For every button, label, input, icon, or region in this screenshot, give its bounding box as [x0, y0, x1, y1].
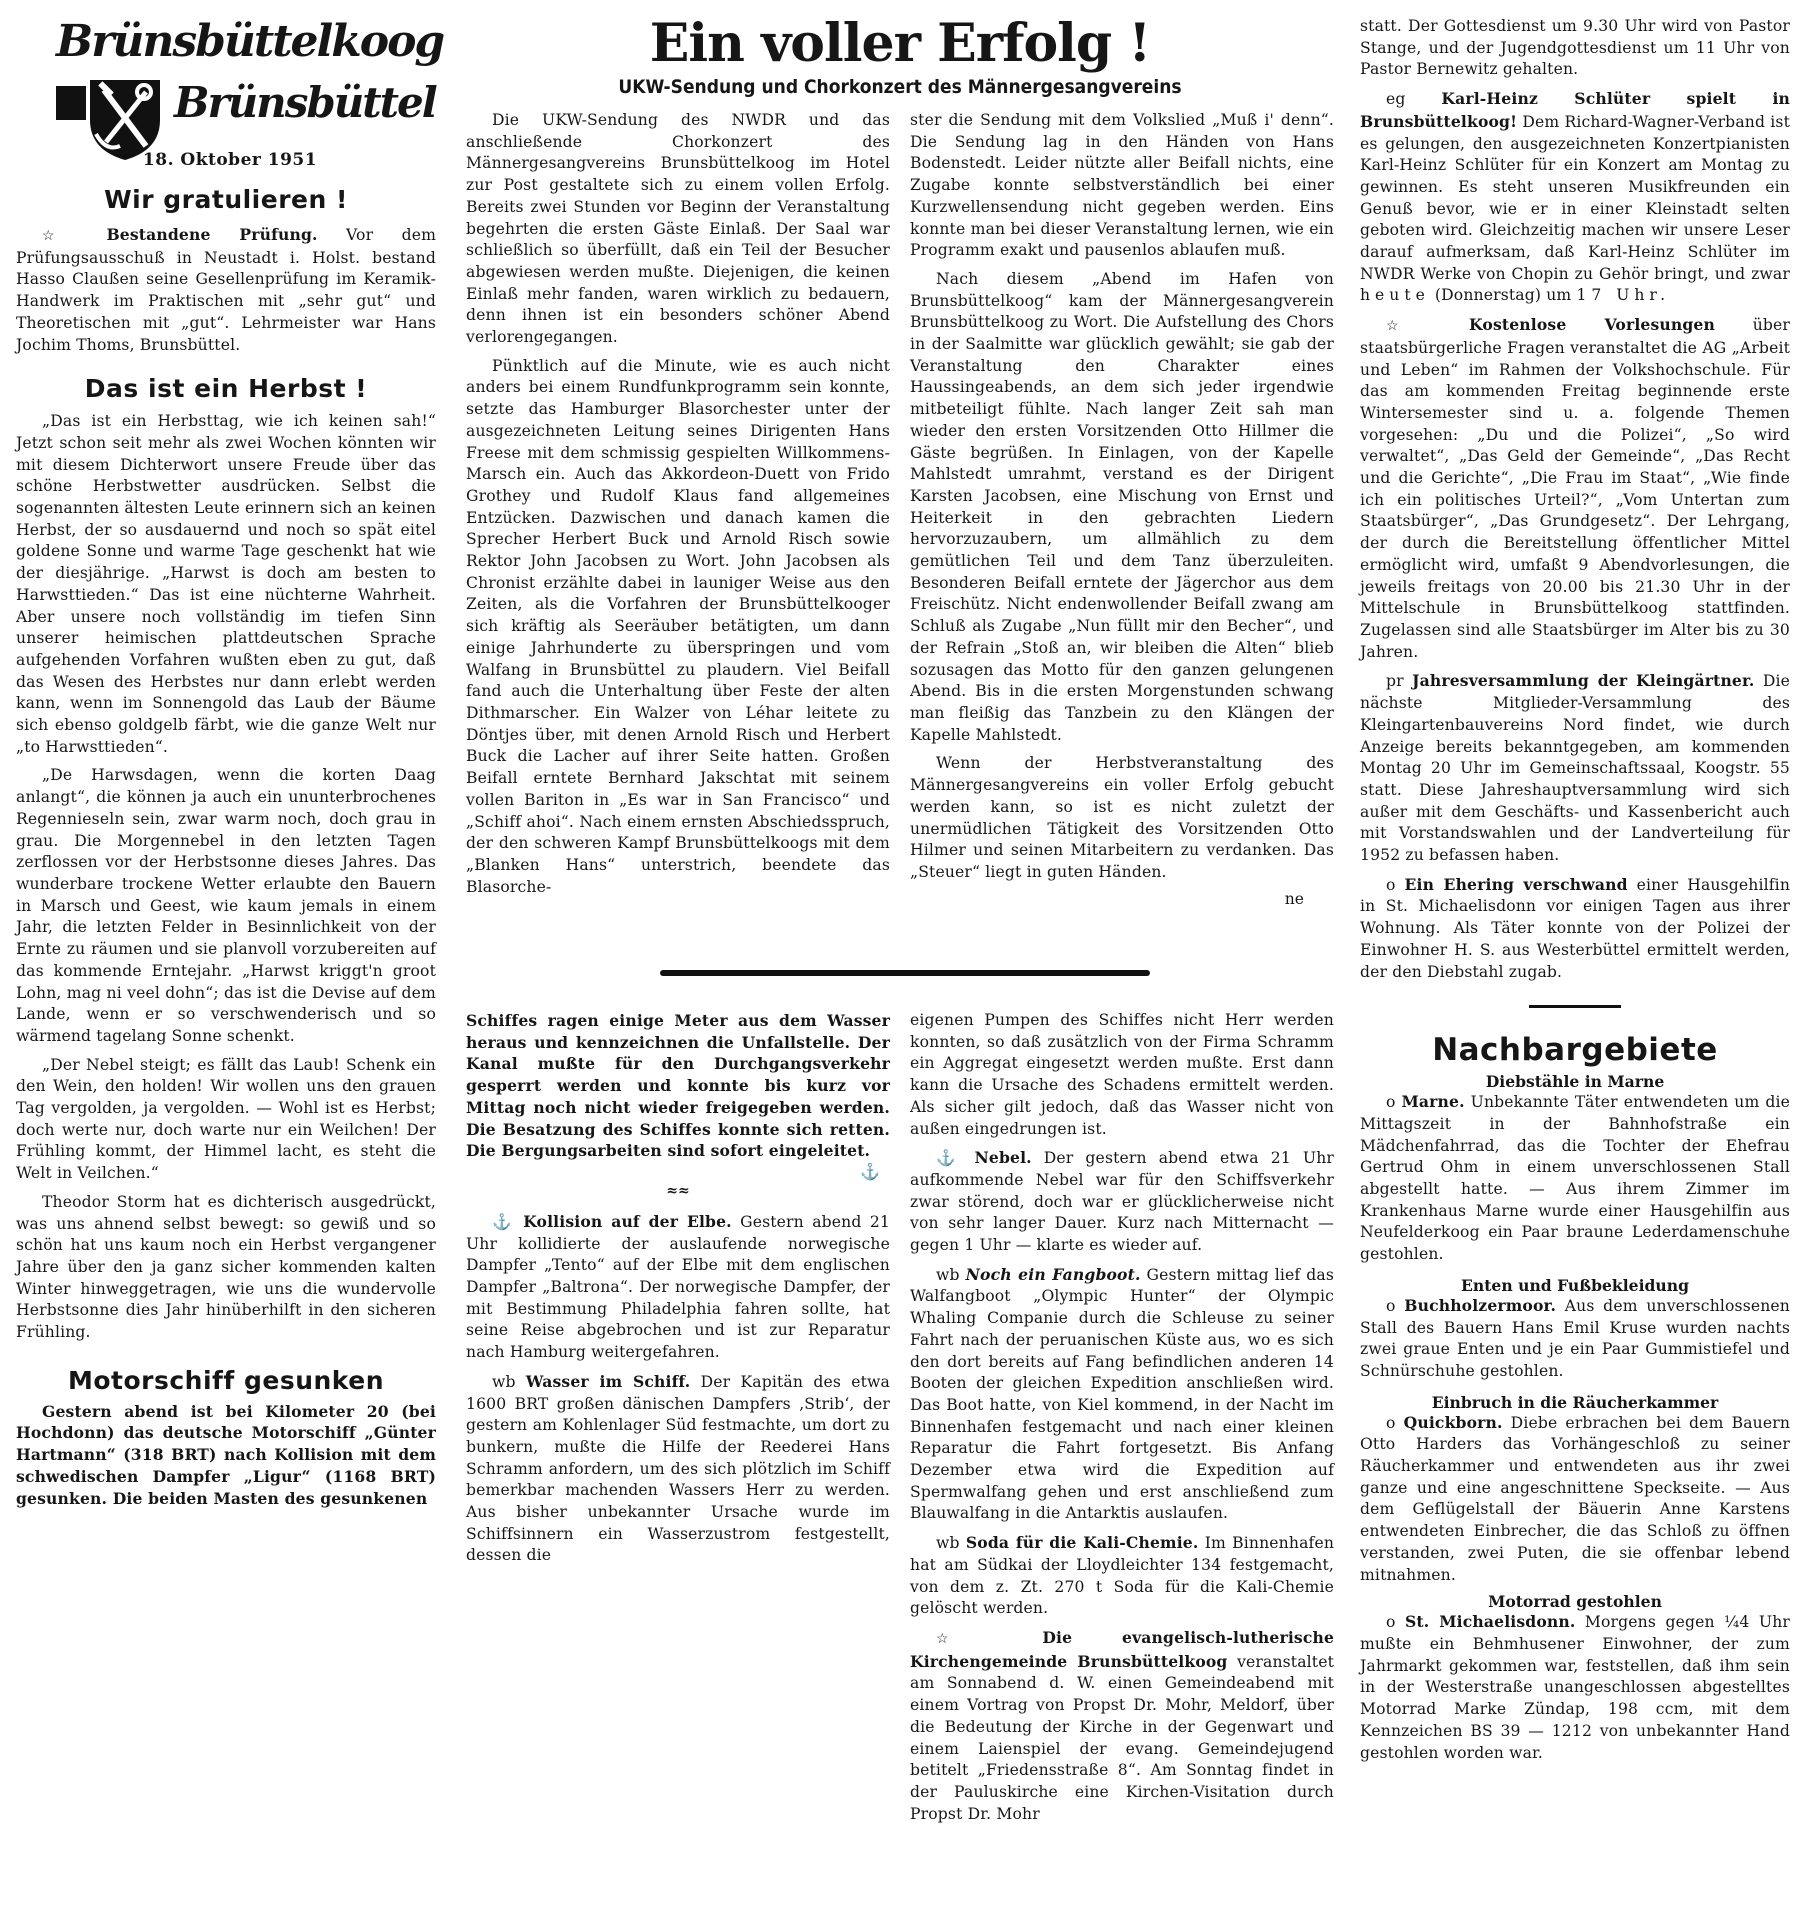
anchor-mark-icon: ⚓ [492, 1213, 515, 1231]
article-st-michaelisdonn: o St. Michaelisdonn. Morgens gegen ¼4 Uh… [1360, 1611, 1790, 1764]
motorschiff-paragraph: Gestern abend ist bei Kilometer 20 (bei … [16, 1401, 436, 1510]
erfolg-paragraph-5: Wenn der Herbstveranstaltung des Männerg… [910, 753, 1334, 883]
article-kirchengemeinde: ☆ Die evangelisch-lutherische Kirchengem… [910, 1627, 1334, 1825]
article-soda: wb Soda für die Kali-Chemie. Im Binnenha… [910, 1532, 1334, 1620]
article-marne: o Marne. Unbekannte Täter entwendeten um… [1360, 1091, 1790, 1266]
section-divider-rule [660, 970, 1150, 976]
lower-column-a: Schiffes ragen einige Meter aus dem Wass… [466, 1010, 890, 1567]
herbst-paragraph-4: Theodor Storm hat es dichterisch ausgedr… [16, 1192, 436, 1344]
star-icon: ☆ [936, 1631, 993, 1647]
article-fangboot: wb Noch ein Fangboot. Gestern mittag lie… [910, 1264, 1334, 1525]
erfolg-paragraph-4: Nach diesem „Abend im Hafen von Brunsbüt… [910, 269, 1334, 746]
anchor-mark-icon: ⚓ [936, 1149, 962, 1167]
herbst-paragraph-3: „Der Nebel steigt; es fällt das Laub! Sc… [16, 1055, 436, 1185]
herbst-paragraph-2: „De Harwsdagen, wenn die korten Daag anl… [16, 765, 436, 1047]
wasser-continuation: eigenen Pumpen des Schiffes nicht Herr w… [910, 1010, 1334, 1140]
herbst-paragraph-1: „Das ist ein Herbsttag, wie ich keinen s… [16, 411, 436, 758]
star-icon: ☆ [1386, 318, 1431, 334]
article-bestandene-pruefung: ☆ Bestandene Prüfung. Vor dem Prüfungsau… [16, 224, 436, 356]
article-nebel: ⚓ Nebel. Der gestern abend etwa 21 Uhr a… [910, 1147, 1334, 1257]
article-buchholzermoor: o Buchholzermoor. Aus dem unverschlossen… [1360, 1295, 1790, 1383]
column-1: Wir gratulieren ! ☆ Bestandene Prüfung. … [16, 185, 436, 1509]
star-icon: ☆ [42, 228, 78, 244]
article-kollision: ⚓ Kollision auf der Elbe. Gestern abend … [466, 1211, 890, 1364]
masthead: Brünsbüttelkoog Brünsbüttel [56, 14, 396, 134]
subhead-enten-und-fussbekleidung: Enten und Fußbekleidung [1360, 1276, 1790, 1295]
author-signature: ne [910, 890, 1334, 908]
subhead-motorrad-gestohlen: Motorrad gestohlen [1360, 1592, 1790, 1611]
lower-column-b: eigenen Pumpen des Schiffes nicht Herr w… [910, 1010, 1334, 1825]
kirche-continuation: statt. Der Gottesdienst um 9.30 Uhr wird… [1360, 16, 1790, 81]
erfolg-paragraph-3: ster die Sendung mit dem Volkslied „Muß … [910, 110, 1334, 262]
column-4: statt. Der Gottesdienst um 9.30 Uhr wird… [1360, 16, 1790, 1764]
subheadline-ukw-sendung: UKW-Sendung und Chorkonzert des Männerge… [460, 76, 1340, 98]
masthead-title-brunsbuettel: Brünsbüttel [174, 76, 436, 130]
erfolg-paragraph-1: Die UKW-Sendung des NWDR und das anschli… [466, 110, 890, 349]
heading-motorschiff-gesunken: Motorschiff gesunken [16, 1366, 436, 1395]
erfolg-paragraph-2: Pünktlich auf die Minute, wie es auch ni… [466, 356, 890, 899]
headline-ein-voller-erfolg: Ein voller Erfolg ! [460, 14, 1340, 74]
article-kleingaertner: pr Jahresversammlung der Kleingärtner. D… [1360, 670, 1790, 866]
short-divider-rule [1529, 1005, 1621, 1008]
article-ehering: o Ein Ehering verschwand einer Hausgehil… [1360, 874, 1790, 984]
article-karl-heinz-schlueter: eg Karl-Heinz Schlüter spielt in Brunsbü… [1360, 88, 1790, 307]
article-quickborn: o Quickborn. Diebe erbrachen bei dem Bau… [1360, 1412, 1790, 1587]
heading-das-ist-ein-herbst: Das ist ein Herbst ! [16, 374, 436, 403]
heading-nachbargebiete: Nachbargebiete [1360, 1032, 1790, 1068]
erfolg-column-a: Die UKW-Sendung des NWDR und das anschli… [466, 110, 890, 898]
wave-separator: ≈≈ [466, 1183, 890, 1199]
masthead-band-left [56, 86, 86, 120]
anchor-mark-icon: ⚓ [466, 1162, 890, 1181]
masthead-title-brunsbuettelkoog: Brünsbüttelkoog [56, 14, 396, 70]
erfolg-column-b: ster die Sendung mit dem Volkslied „Muß … [910, 110, 1334, 908]
motorschiff-continuation: Schiffes ragen einige Meter aus dem Wass… [466, 1010, 890, 1162]
article-wasser-im-schiff: wb Wasser im Schiff. Der Kapitän des etw… [466, 1371, 890, 1567]
issue-date: 18. Oktober 1951 [0, 150, 460, 170]
subhead-diebstaehle-in-marne: Diebstähle in Marne [1360, 1072, 1790, 1091]
article-kostenlose-vorlesungen: ☆ Kostenlose Vorlesungen über staatsbürg… [1360, 314, 1790, 663]
heading-wir-gratulieren: Wir gratulieren ! [16, 185, 436, 214]
subhead-einbruch-raeucherkammer: Einbruch in die Räucherkammer [1360, 1393, 1790, 1412]
